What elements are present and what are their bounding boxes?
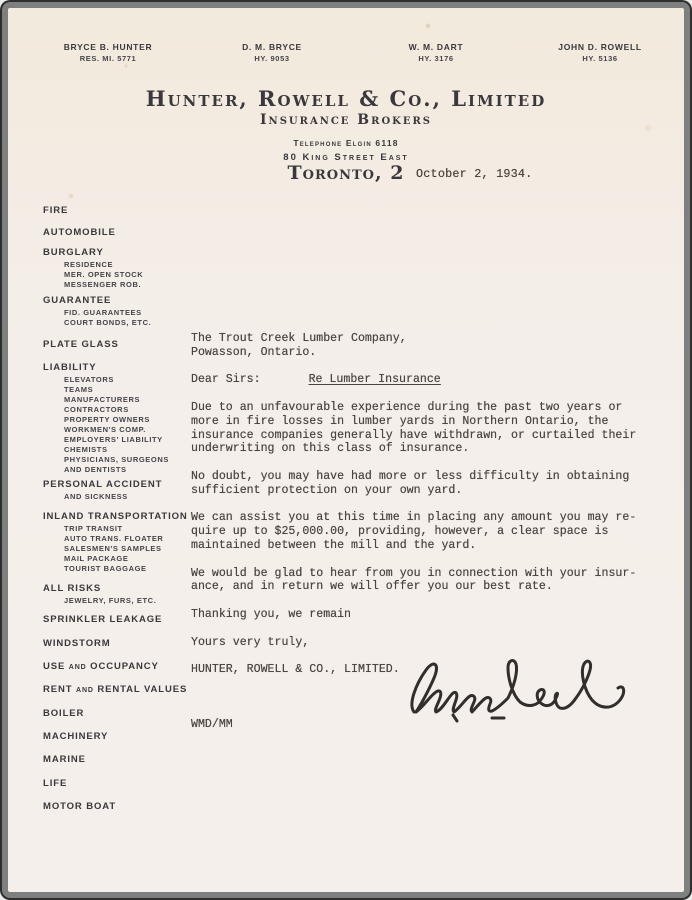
- coverage-subitem: COURT BONDS, ETC.: [64, 318, 203, 328]
- coverage-group: BURGLARYRESIDENCEMER. OPEN STOCKMESSENGE…: [43, 247, 203, 290]
- contact-phone: HY. 5136: [530, 54, 670, 63]
- letter-paragraph: We would be glad to hear from you in con…: [191, 567, 661, 595]
- coverage-group: USE and OCCUPANCY: [43, 661, 203, 672]
- coverage-heading: AUTOMOBILE: [43, 227, 203, 238]
- contact-block: D. M. BRYCEHY. 9053: [202, 42, 342, 63]
- contact-phone: HY. 3176: [366, 54, 506, 63]
- coverage-group: FIRE: [43, 205, 203, 216]
- coverage-subitems: JEWELRY, FURS, ETC.: [43, 596, 203, 606]
- coverage-group: PERSONAL ACCIDENTAND SICKNESS: [43, 479, 203, 502]
- coverage-group: LIABILITYELEVATORSTEAMSMANUFACTURERSCONT…: [43, 362, 203, 475]
- coverage-subitems: ELEVATORSTEAMSMANUFACTURERSCONTRACTORSPR…: [43, 375, 203, 475]
- coverage-heading: SPRINKLER LEAKAGE: [43, 614, 203, 625]
- coverage-heading: LIABILITY: [43, 362, 203, 373]
- coverage-subitem: FID. GUARANTEES: [64, 308, 203, 318]
- coverage-heading: MOTOR BOAT: [43, 801, 203, 812]
- coverage-subitem: MANUFACTURERS: [64, 395, 203, 405]
- coverage-subitem: MER. OPEN STOCK: [64, 270, 203, 280]
- coverage-group: SPRINKLER LEAKAGE: [43, 614, 203, 625]
- subject-line: Re Lumber Insurance: [309, 373, 441, 386]
- letter-paragraph: We can assist you at this time in placin…: [191, 511, 661, 552]
- coverage-subitem: AND SICKNESS: [64, 492, 203, 502]
- coverage-heading: ALL RISKS: [43, 583, 203, 594]
- coverage-heading: INLAND TRANSPORTATION: [43, 511, 203, 522]
- salutation: Dear Sirs:: [191, 373, 261, 386]
- coverage-subitems: TRIP TRANSITAUTO TRANS. FLOATERSALESMEN'…: [43, 524, 203, 574]
- salutation-line: Dear Sirs:Re Lumber Insurance: [191, 373, 661, 387]
- company-name: Hunter, Rowell & Co., Limited: [8, 86, 684, 111]
- contact-name: W. M. DART: [366, 42, 506, 52]
- coverage-subitem: MESSENGER ROB.: [64, 280, 203, 290]
- coverage-subitem: RESIDENCE: [64, 260, 203, 270]
- coverage-heading: LIFE: [43, 778, 203, 789]
- coverage-subitem: PROPERTY OWNERS: [64, 415, 203, 425]
- coverage-subitem: TOURIST BAGGAGE: [64, 564, 203, 574]
- coverage-group: WINDSTORM: [43, 638, 203, 649]
- coverage-group: AUTOMOBILE: [43, 227, 203, 238]
- contact-block: W. M. DARTHY. 3176: [366, 42, 506, 63]
- photo-frame: BRYCE B. HUNTERRES. MI. 5771D. M. BRYCEH…: [0, 0, 692, 900]
- coverage-group: MARINE: [43, 754, 203, 765]
- coverage-heading: MARINE: [43, 754, 203, 765]
- recipient-address: The Trout Creek Lumber Company, Powasson…: [191, 332, 661, 360]
- coverage-subitems: AND SICKNESS: [43, 492, 203, 502]
- coverage-subitem: EMPLOYERS' LIABILITY: [64, 435, 203, 445]
- coverage-heading: BURGLARY: [43, 247, 203, 258]
- closing-thanks: Thanking you, we remain: [191, 608, 661, 622]
- coverage-subitem: ELEVATORS: [64, 375, 203, 385]
- contact-phone: HY. 9053: [202, 54, 342, 63]
- handwritten-signature-icon: [400, 654, 640, 724]
- coverage-group: ALL RISKSJEWELRY, FURS, ETC.: [43, 583, 203, 606]
- letter-paragraphs: Due to an unfavourable experience during…: [191, 401, 661, 594]
- coverage-heading: PERSONAL ACCIDENT: [43, 479, 203, 490]
- contact-name: BRYCE B. HUNTER: [38, 42, 178, 52]
- coverage-subitems: FID. GUARANTEESCOURT BONDS, ETC.: [43, 308, 203, 328]
- date-line: October 2, 1934.: [416, 167, 532, 181]
- letter-paragraph: Due to an unfavourable experience during…: [191, 401, 661, 456]
- coverage-subitem: SALESMEN'S SAMPLES: [64, 544, 203, 554]
- coverage-heading: PLATE GLASS: [43, 339, 203, 350]
- coverage-heading: FIRE: [43, 205, 203, 216]
- coverage-subitem: AUTO TRANS. FLOATER: [64, 534, 203, 544]
- coverage-heading: GUARANTEE: [43, 295, 203, 306]
- coverage-subitem: WORKMEN'S COMP.: [64, 425, 203, 435]
- letter-document: BRYCE B. HUNTERRES. MI. 5771D. M. BRYCEH…: [2, 2, 690, 898]
- coverage-subitem: TRIP TRANSIT: [64, 524, 203, 534]
- coverage-heading: BOILER: [43, 708, 203, 719]
- coverage-subitem: MAIL PACKAGE: [64, 554, 203, 564]
- contact-name: D. M. BRYCE: [202, 42, 342, 52]
- coverage-heading: USE and OCCUPANCY: [43, 661, 203, 672]
- coverage-group: MACHINERY: [43, 731, 203, 742]
- coverage-subitem: CHEMISTS: [64, 445, 203, 455]
- coverage-heading: MACHINERY: [43, 731, 203, 742]
- company-subtitle: Insurance Brokers: [8, 112, 684, 128]
- coverage-group: LIFE: [43, 778, 203, 789]
- city-line: Toronto, 2: [8, 162, 684, 184]
- coverage-heading: WINDSTORM: [43, 638, 203, 649]
- coverage-subitem: CONTRACTORS: [64, 405, 203, 415]
- coverage-group: PLATE GLASS: [43, 339, 203, 350]
- coverage-heading: RENT and RENTAL VALUES: [43, 684, 203, 695]
- coverage-group: INLAND TRANSPORTATIONTRIP TRANSITAUTO TR…: [43, 511, 203, 574]
- coverage-subitem: JEWELRY, FURS, ETC.: [64, 596, 203, 606]
- coverage-subitem: AND DENTISTS: [64, 465, 203, 475]
- coverage-subitems: RESIDENCEMER. OPEN STOCKMESSENGER ROB.: [43, 260, 203, 290]
- letterhead-contacts: BRYCE B. HUNTERRES. MI. 5771D. M. BRYCEH…: [8, 42, 684, 63]
- contact-block: BRYCE B. HUNTERRES. MI. 5771: [38, 42, 178, 63]
- contact-phone: RES. MI. 5771: [38, 54, 178, 63]
- coverage-group: RENT and RENTAL VALUES: [43, 684, 203, 695]
- coverage-group: BOILER: [43, 708, 203, 719]
- letter-paragraph: No doubt, you may have had more or less …: [191, 470, 661, 498]
- telephone-line: Telephone Elgin 6118: [8, 138, 684, 148]
- coverage-subitem: TEAMS: [64, 385, 203, 395]
- coverage-subitem: PHYSICIANS, SURGEONS: [64, 455, 203, 465]
- contact-name: JOHN D. ROWELL: [530, 42, 670, 52]
- valediction: Yours very truly,: [191, 636, 661, 650]
- contact-block: JOHN D. ROWELLHY. 5136: [530, 42, 670, 63]
- coverage-group: MOTOR BOAT: [43, 801, 203, 812]
- coverage-group: GUARANTEEFID. GUARANTEESCOURT BONDS, ETC…: [43, 295, 203, 328]
